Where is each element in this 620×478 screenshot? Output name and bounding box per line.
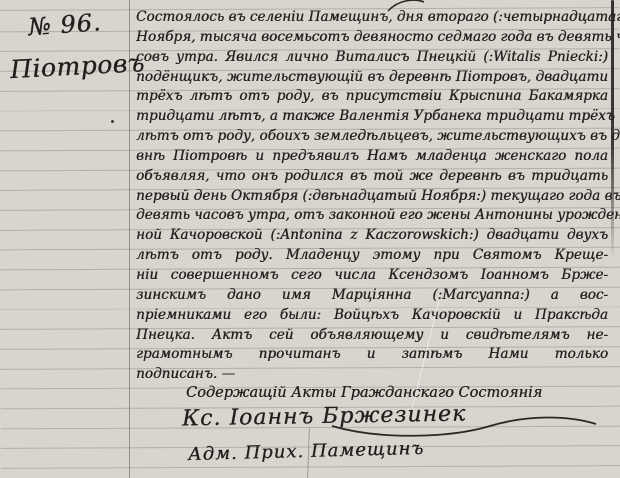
body-line: ніи совершенномъ сего числа Ксендзомъ Іо…: [136, 266, 608, 286]
registrar-capacity-line: Содержащій Акты Гражданскаго Состоянія: [186, 385, 606, 401]
body-line: пріемниками его были: Войцѣхъ Качоровскі…: [136, 306, 608, 326]
body-line: Состоялось въ селеніи Памещинъ, дня втор…: [136, 8, 608, 28]
body-line: Ноября, тысяча восемьсотъ девяносто седм…: [136, 28, 608, 48]
registry-page-scan: № 96. Піотровъ Состоялось въ селеніи Пам…: [0, 0, 620, 478]
body-line-signoff: подписанъ. —: [136, 365, 608, 385]
body-line: лѣтъ отъ роду, обоихъ земледѣльцевъ, жит…: [136, 127, 608, 147]
priest-signature: Кс. Іоаннъ Бржезинек: [182, 402, 467, 432]
body-line: грамотнымъ прочитанъ и затѣмъ Нами тольк…: [136, 345, 608, 365]
body-line: зинскимъ дано имя Марціянна (:Marcyanna:…: [136, 286, 608, 306]
margin-place-name: Піотровъ: [9, 49, 130, 84]
body-line: подёнщикъ, жительствующій въ деревнѣ Піо…: [136, 68, 608, 88]
record-number: № 96.: [27, 7, 125, 42]
body-line: Пнецка. Актъ сей объявляющему и свидѣтел…: [136, 326, 608, 346]
body-line: внѣ Піотровѣ и предъявилъ Намъ младенца …: [136, 147, 608, 167]
body-line: лѣтъ отъ роду. Младенцу этому при Святом…: [136, 246, 608, 266]
body-line: объявляя, что онъ родился въ той же дере…: [136, 167, 608, 187]
record-body-text: Состоялось въ селеніи Памещинъ, дня втор…: [136, 8, 608, 385]
parish-admin-signature: Адм. Прих. Памещинъ: [188, 438, 425, 465]
body-line: ной Качоровской (:Antonina z Kaczorowski…: [136, 226, 608, 246]
body-line: совъ утра. Явился лично Виталисъ Пнецкій…: [136, 48, 608, 68]
ink-dot: [111, 120, 114, 123]
body-line: девять часовъ утра, отъ законной его жен…: [136, 206, 608, 226]
body-line: первый день Октября (:двѣнадцатый Ноября…: [136, 187, 608, 207]
body-line: трёхъ лѣтъ отъ роду, въ присутствіи Крыс…: [136, 87, 608, 107]
body-line: тридцати лѣтъ, а также Валентія Урбанека…: [136, 107, 608, 127]
